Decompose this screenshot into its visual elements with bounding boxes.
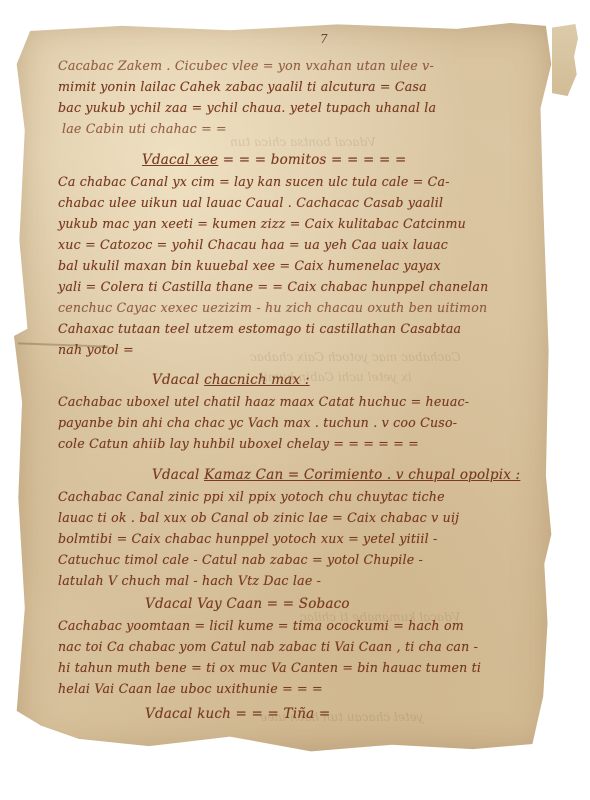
- text-line: yukub mac yan xeeti = kumen zizz = Caix …: [58, 214, 466, 234]
- text-line: Cachabac uboxel utel chatil haaz maax Ca…: [58, 392, 469, 412]
- text-line: nac toi Ca chabac yom Catul nab zabac ti…: [58, 637, 478, 657]
- text-line: hi tahun muth bene = ti ox muc Va Canten…: [58, 658, 481, 678]
- text-line: mimit yonin lailac Cahek zabac yaalil ti…: [58, 77, 427, 97]
- text-line: lae Cabin uti chahac = =: [62, 119, 227, 139]
- text-line: Ca chabac Canal yx cim = lay kan sucen u…: [58, 172, 450, 192]
- section-heading: Vdacal chacnich max :: [152, 370, 310, 390]
- text-line: Cachabac yoomtaan = licil kume = tima oc…: [58, 616, 464, 636]
- heading-rest: Vay Caan = = Sobaco: [197, 596, 350, 612]
- text-line: bolmtibi = Caix chabac hunppel yotoch xu…: [58, 529, 438, 549]
- section-heading: Vdacal xee = = = bomitos = = = = =: [142, 150, 407, 170]
- text-line: latulah V chuch mal - hach Vtz Dac lae -: [58, 571, 321, 591]
- heading-rest: = = = bomitos = = = = =: [223, 152, 407, 168]
- text-line: nah yotol =: [58, 340, 134, 360]
- text-line: payanbe bin ahi cha chac yc Vach max . t…: [58, 413, 457, 433]
- text-line: chabac ulee uikun ual lauac Caual . Cach…: [58, 193, 443, 213]
- heading-rest: Kamaz Can = Corimiento . v chupal opolpi…: [204, 467, 520, 483]
- bleed-through-text: Cachabac mac yotoch Caix chabac: [250, 350, 461, 364]
- text-line: cenchuc Cayac xexec uezizim - hu zich ch…: [58, 298, 487, 318]
- heading-prefix: Vdacal: [145, 596, 193, 612]
- heading-rest: kuch = = = Tiña =: [197, 706, 330, 722]
- text-line: cole Catun ahiib lay huhbil uboxel chela…: [58, 434, 419, 454]
- bleed-through-text: Vdacal bontsa chica tun: [230, 135, 376, 149]
- section-heading: Vdacal Vay Caan = = Sobaco: [145, 594, 350, 614]
- text-line: lauac ti ok . bal xux ob Canal ob zinic …: [58, 508, 459, 528]
- text-line: Cachabac Canal zinic ppi xil ppix yotoch…: [58, 487, 445, 507]
- heading-prefix: Vdacal: [152, 372, 200, 388]
- text-line: bac yukub ychil zaa = ychil chaua. yetel…: [58, 98, 436, 118]
- heading-rest: chacnich max :: [204, 372, 310, 388]
- section-heading: Vdacal kuch = = = Tiña =: [145, 704, 330, 724]
- text-line: Cacabac Zakem . Cicubec vlee = yon vxaha…: [58, 56, 434, 76]
- heading-prefix: Vdacal: [145, 706, 193, 722]
- torn-paper-flap: [552, 24, 578, 96]
- text-line: Cahaxac tutaan teel utzem estomago ti ca…: [58, 319, 461, 339]
- text-line: Catuchuc timol cale - Catul nab zabac = …: [58, 550, 423, 570]
- folio-number: 7: [320, 32, 328, 46]
- text-line: helai Vai Caan lae uboc uxithunie = = =: [58, 679, 323, 699]
- text-line: yali = Colera ti Castilla thane = = Caix…: [58, 277, 488, 297]
- section-heading: Vdacal Kamaz Can = Corimiento . v chupal…: [152, 465, 520, 485]
- heading-prefix: Vdacal: [152, 467, 200, 483]
- text-line: bal ukulil maxan bin kuuebal xee = Caix …: [58, 256, 441, 276]
- text-line: xuc = Catozoc = yohil Chacau haa = ua ye…: [58, 235, 448, 255]
- heading-prefix: Vdacal xee: [142, 152, 218, 168]
